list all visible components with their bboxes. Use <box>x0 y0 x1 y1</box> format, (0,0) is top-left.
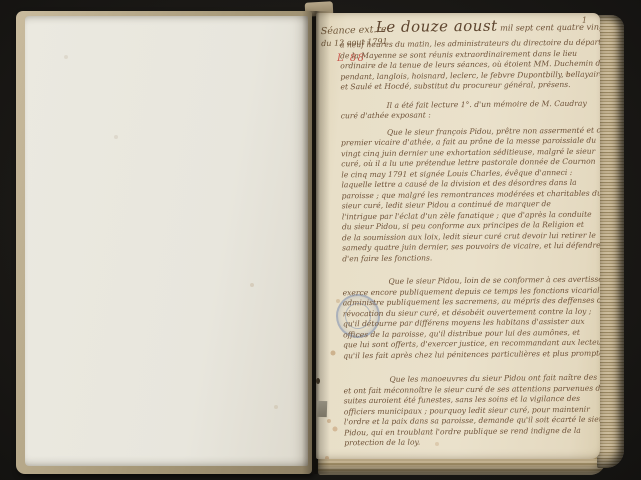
binding-stitch-hole <box>316 378 320 384</box>
heading-line: et Saulé et Hocdé, substitut du procureu… <box>340 80 594 93</box>
text-line: curé d'athée exposant : <box>341 109 595 122</box>
paragraph: Que le sieur françois Pidou, prêtre non … <box>341 125 596 264</box>
paragraph: Que les manoeuvres du sieur Pidou ont fa… <box>343 373 598 449</box>
right-manuscript-page: 1 Séance ext.re du 12 aout 1791 L 88 Le … <box>316 13 600 459</box>
text-line: qu'il les fait après chez lui pénitences… <box>343 348 597 361</box>
manuscript-scan: 1 Séance ext.re du 12 aout 1791 L 88 Le … <box>0 0 641 480</box>
binding-stitch-tape <box>317 401 328 417</box>
text-line: d'en faire les fonctions. <box>342 251 596 264</box>
heading-opening-words: Le douze aoust <box>376 17 498 36</box>
text-line: protection de la loy. <box>344 436 598 449</box>
paragraph: Que le sieur Pidou, loin de se conformer… <box>342 275 597 362</box>
manuscript-text: Le douze aoust mil sept cent quatre ving… <box>340 20 598 449</box>
left-blank-page <box>25 16 308 466</box>
heading-rest: mil sept cent quatre vingt onze <box>500 21 600 32</box>
page-edge-stack-right <box>597 15 624 468</box>
foxing-spots <box>316 13 318 15</box>
paper-specks <box>25 16 27 18</box>
heading-line: Le douze aoust mil sept cent quatre ving… <box>376 20 594 40</box>
paragraph: Il a été fait lecture 1°. d'un mémoire d… <box>341 98 595 122</box>
